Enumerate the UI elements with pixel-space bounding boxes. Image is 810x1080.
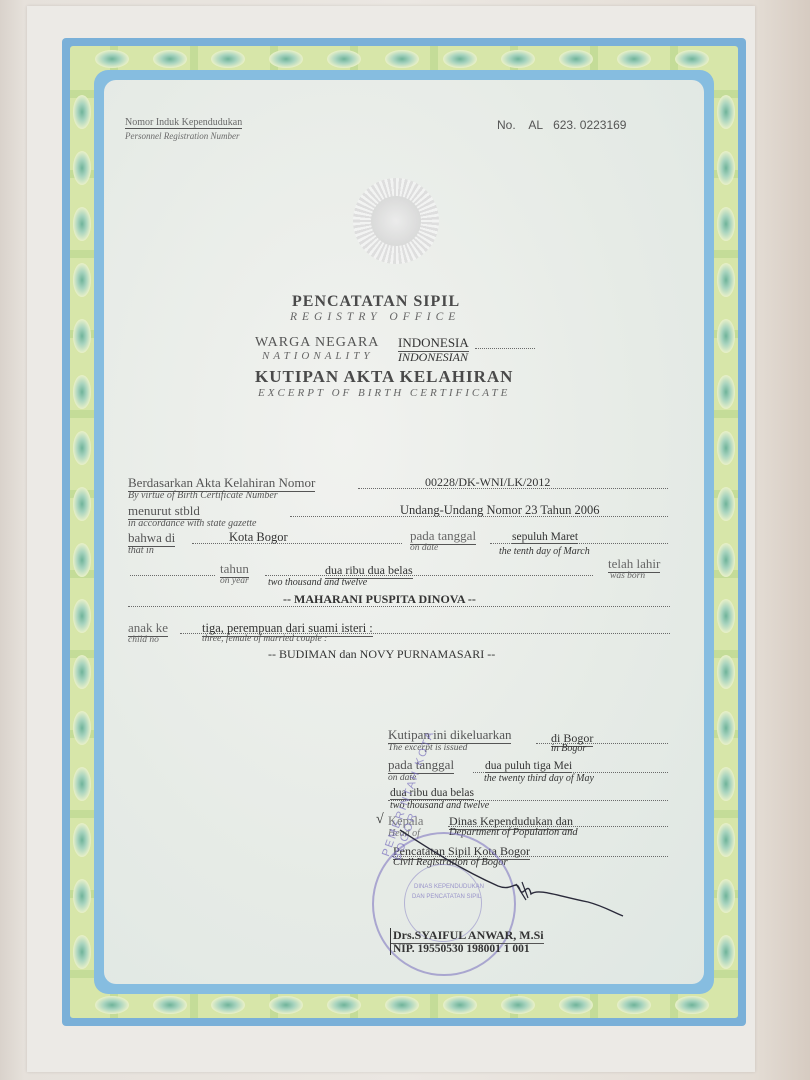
border-ornament-icon: [385, 50, 419, 68]
border-ornament-icon: [153, 996, 187, 1014]
border-ornament-icon: [559, 996, 593, 1014]
border-ornament-icon: [95, 50, 129, 68]
border-ornament-icon: [73, 151, 91, 185]
border-ornament-icon: [443, 996, 477, 1014]
border-ornament-icon: [73, 263, 91, 297]
checkmark-icon: √: [376, 812, 384, 828]
nationality-label: WARGA NEGARA: [255, 335, 379, 351]
issued-place-en: in Bogor: [551, 743, 586, 754]
border-ornament-icon: [73, 655, 91, 689]
border-ornament-icon: [95, 996, 129, 1014]
nik-label: Nomor Induk Kependudukan: [125, 117, 242, 129]
border-ornament-icon: [717, 207, 735, 241]
cert-no-value: 00228/DK-WNI/LK/2012: [425, 475, 550, 490]
dotted-line: [128, 606, 670, 607]
border-ornament-icon: [717, 879, 735, 913]
border-ornament-icon: [675, 50, 709, 68]
nik-label-en: Personnel Registration Number: [125, 131, 240, 141]
dotted-line: [130, 575, 215, 576]
border-ornament-icon: [73, 823, 91, 857]
border-ornament-icon: [717, 823, 735, 857]
cert-no-label-en: By virtue of Birth Certificate Number: [128, 490, 278, 501]
border-ornament-icon: [717, 599, 735, 633]
date-label-en: on date: [410, 543, 438, 553]
border-ornament-icon: [327, 996, 361, 1014]
border-ornament-icon: [269, 996, 303, 1014]
border-ornament-icon: [211, 50, 245, 68]
parents-names: -- BUDIMAN dan NOVY PURNAMASARI --: [268, 647, 495, 662]
serial-prefix: No.: [497, 118, 516, 132]
border-ornament-icon: [559, 50, 593, 68]
border-ornament-icon: [717, 263, 735, 297]
border-ornament-icon: [717, 767, 735, 801]
serial-digits: 623. 0223169: [553, 118, 626, 132]
place-label-en: that in: [128, 545, 154, 556]
garuda-emblem-icon: [353, 178, 439, 264]
border-ornament-icon: [73, 207, 91, 241]
issue-date-value: dua puluh tiga Mei: [485, 760, 572, 773]
border-ornament-icon: [717, 151, 735, 185]
document-title: KUTIPAN AKTA KELAHIRAN: [255, 367, 513, 387]
dotted-line: [265, 575, 593, 576]
date-value: sepuluh Maret: [512, 531, 578, 544]
border-ornament-icon: [269, 50, 303, 68]
date-value-en: the tenth day of March: [499, 546, 590, 557]
gazette-value: Undang-Undang Nomor 23 Tahun 2006: [400, 503, 600, 518]
border-ornament-icon: [327, 50, 361, 68]
border-ornament-icon: [617, 50, 651, 68]
border-ornament-icon: [717, 487, 735, 521]
serial-number: No. AL 623. 0223169: [497, 118, 626, 132]
border-ornament-icon: [717, 431, 735, 465]
border-ornament-icon: [675, 996, 709, 1014]
dotted-line: [192, 543, 402, 544]
child-name: -- MAHARANI PUSPITA DINOVA --: [283, 592, 476, 607]
year-label-en: on year: [220, 576, 249, 586]
border-ornament-icon: [73, 599, 91, 633]
dotted-line: [475, 348, 535, 349]
border-ornament-icon: [717, 95, 735, 129]
nationality-label-en: NATIONALITY: [262, 350, 373, 362]
official-nip: NIP. 19550530 198001 1 001: [390, 943, 530, 955]
border-ornament-icon: [73, 767, 91, 801]
official-name: Drs.SYAIFUL ANWAR, M.Si: [390, 928, 544, 944]
document-title-en: EXCERPT OF BIRTH CERTIFICATE: [258, 387, 510, 399]
border-ornament-icon: [73, 375, 91, 409]
border-ornament-icon: [501, 996, 535, 1014]
nationality-value-en: INDONESIAN: [398, 350, 468, 365]
border-ornament-icon: [73, 319, 91, 353]
gazette-label-en: in accordance with state gazette: [128, 518, 257, 529]
border-ornament-icon: [73, 935, 91, 969]
child-no-value-en: three, female of married couple :: [202, 634, 327, 644]
signature: [388, 828, 628, 928]
border-ornament-icon: [73, 431, 91, 465]
border-ornament-icon: [73, 879, 91, 913]
border-ornament-icon: [73, 711, 91, 745]
border-ornament-icon: [501, 50, 535, 68]
border-ornament-icon: [717, 655, 735, 689]
border-ornament-icon: [73, 487, 91, 521]
border-ornament-icon: [443, 50, 477, 68]
border-ornament-icon: [73, 95, 91, 129]
year-value-en: two thousand and twelve: [268, 577, 367, 588]
place-value: Kota Bogor: [229, 530, 288, 545]
border-ornament-icon: [211, 996, 245, 1014]
born-label-en: was born: [610, 571, 645, 581]
border-ornament-icon: [717, 935, 735, 969]
border-ornament-icon: [153, 50, 187, 68]
issue-date-value-en: the twenty third day of May: [484, 773, 594, 784]
border-ornament-icon: [385, 996, 419, 1014]
border-ornament-icon: [717, 319, 735, 353]
border-ornament-icon: [617, 996, 651, 1014]
serial-series: AL: [528, 118, 543, 132]
border-ornament-icon: [73, 543, 91, 577]
border-ornament-icon: [717, 711, 735, 745]
office-title-en: REGISTRY OFFICE: [290, 311, 460, 323]
child-no-label-en: child no: [128, 635, 159, 645]
border-ornament-icon: [717, 375, 735, 409]
border-ornament-icon: [717, 543, 735, 577]
office-title: PENCATATAN SIPIL: [292, 293, 460, 311]
issued-label: Kutipan ini dikeluarkan: [388, 727, 511, 744]
